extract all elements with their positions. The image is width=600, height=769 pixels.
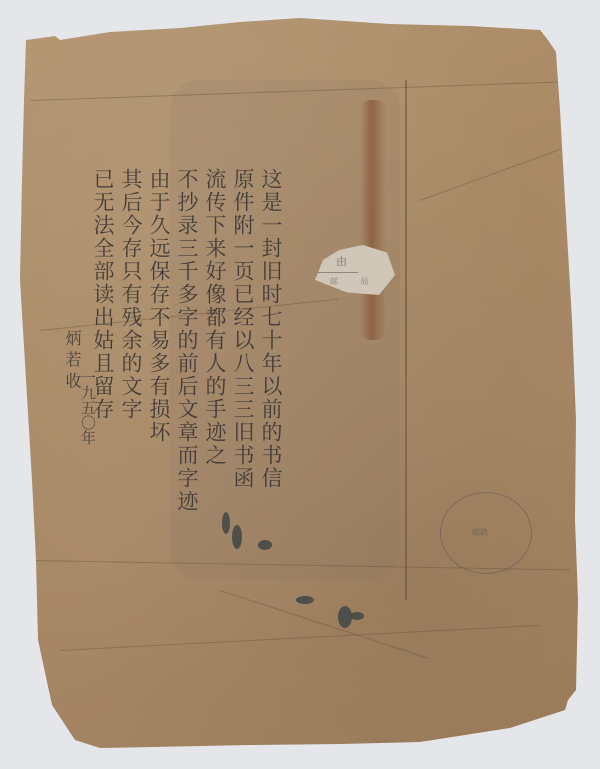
text-column: 这是一封旧时七十年以前的书信 — [258, 168, 284, 513]
fold-line — [405, 80, 407, 600]
label-line — [313, 272, 358, 273]
handwritten-letter: 这是一封旧时七十年以前的书信 原件附一页已经以八三三旧书函 流传下来好像都有人的… — [90, 168, 284, 513]
postmark-text: 邮戳 — [472, 528, 488, 537]
label-text: 由 — [336, 253, 347, 269]
brown-tape-stain — [360, 100, 386, 340]
text-column: 原件附一页已经以八三三旧书函 — [230, 168, 256, 513]
envelope-photo: 由 邮 局 邮戳 这是一封旧时七十年以前的书信 原件附一页已经以八三三旧书函 流… — [0, 0, 600, 769]
ink-blot — [296, 596, 314, 604]
crease — [420, 149, 561, 201]
envelope-paper: 由 邮 局 邮戳 这是一封旧时七十年以前的书信 原件附一页已经以八三三旧书函 流… — [0, 0, 600, 769]
text-column: 流传下来好像都有人的手迹之 — [202, 168, 228, 513]
ink-blot — [258, 540, 272, 550]
crease — [60, 625, 539, 651]
text-column: 由于久远保存不易多有损坏 — [146, 168, 172, 513]
text-column: 已无法全部读出姑且留存 — [90, 168, 116, 513]
text-column: 其后今存只有残余的文字 — [118, 168, 144, 513]
ink-blot — [232, 525, 242, 549]
crease — [220, 590, 430, 659]
label-subtext: 邮 局 — [330, 276, 379, 287]
ink-blot — [222, 512, 230, 534]
signature-date: 一九五〇年 — [78, 370, 99, 445]
ink-blot — [350, 612, 364, 620]
text-column: 不抄录三千多字的前后文章而字迹 — [174, 168, 200, 513]
